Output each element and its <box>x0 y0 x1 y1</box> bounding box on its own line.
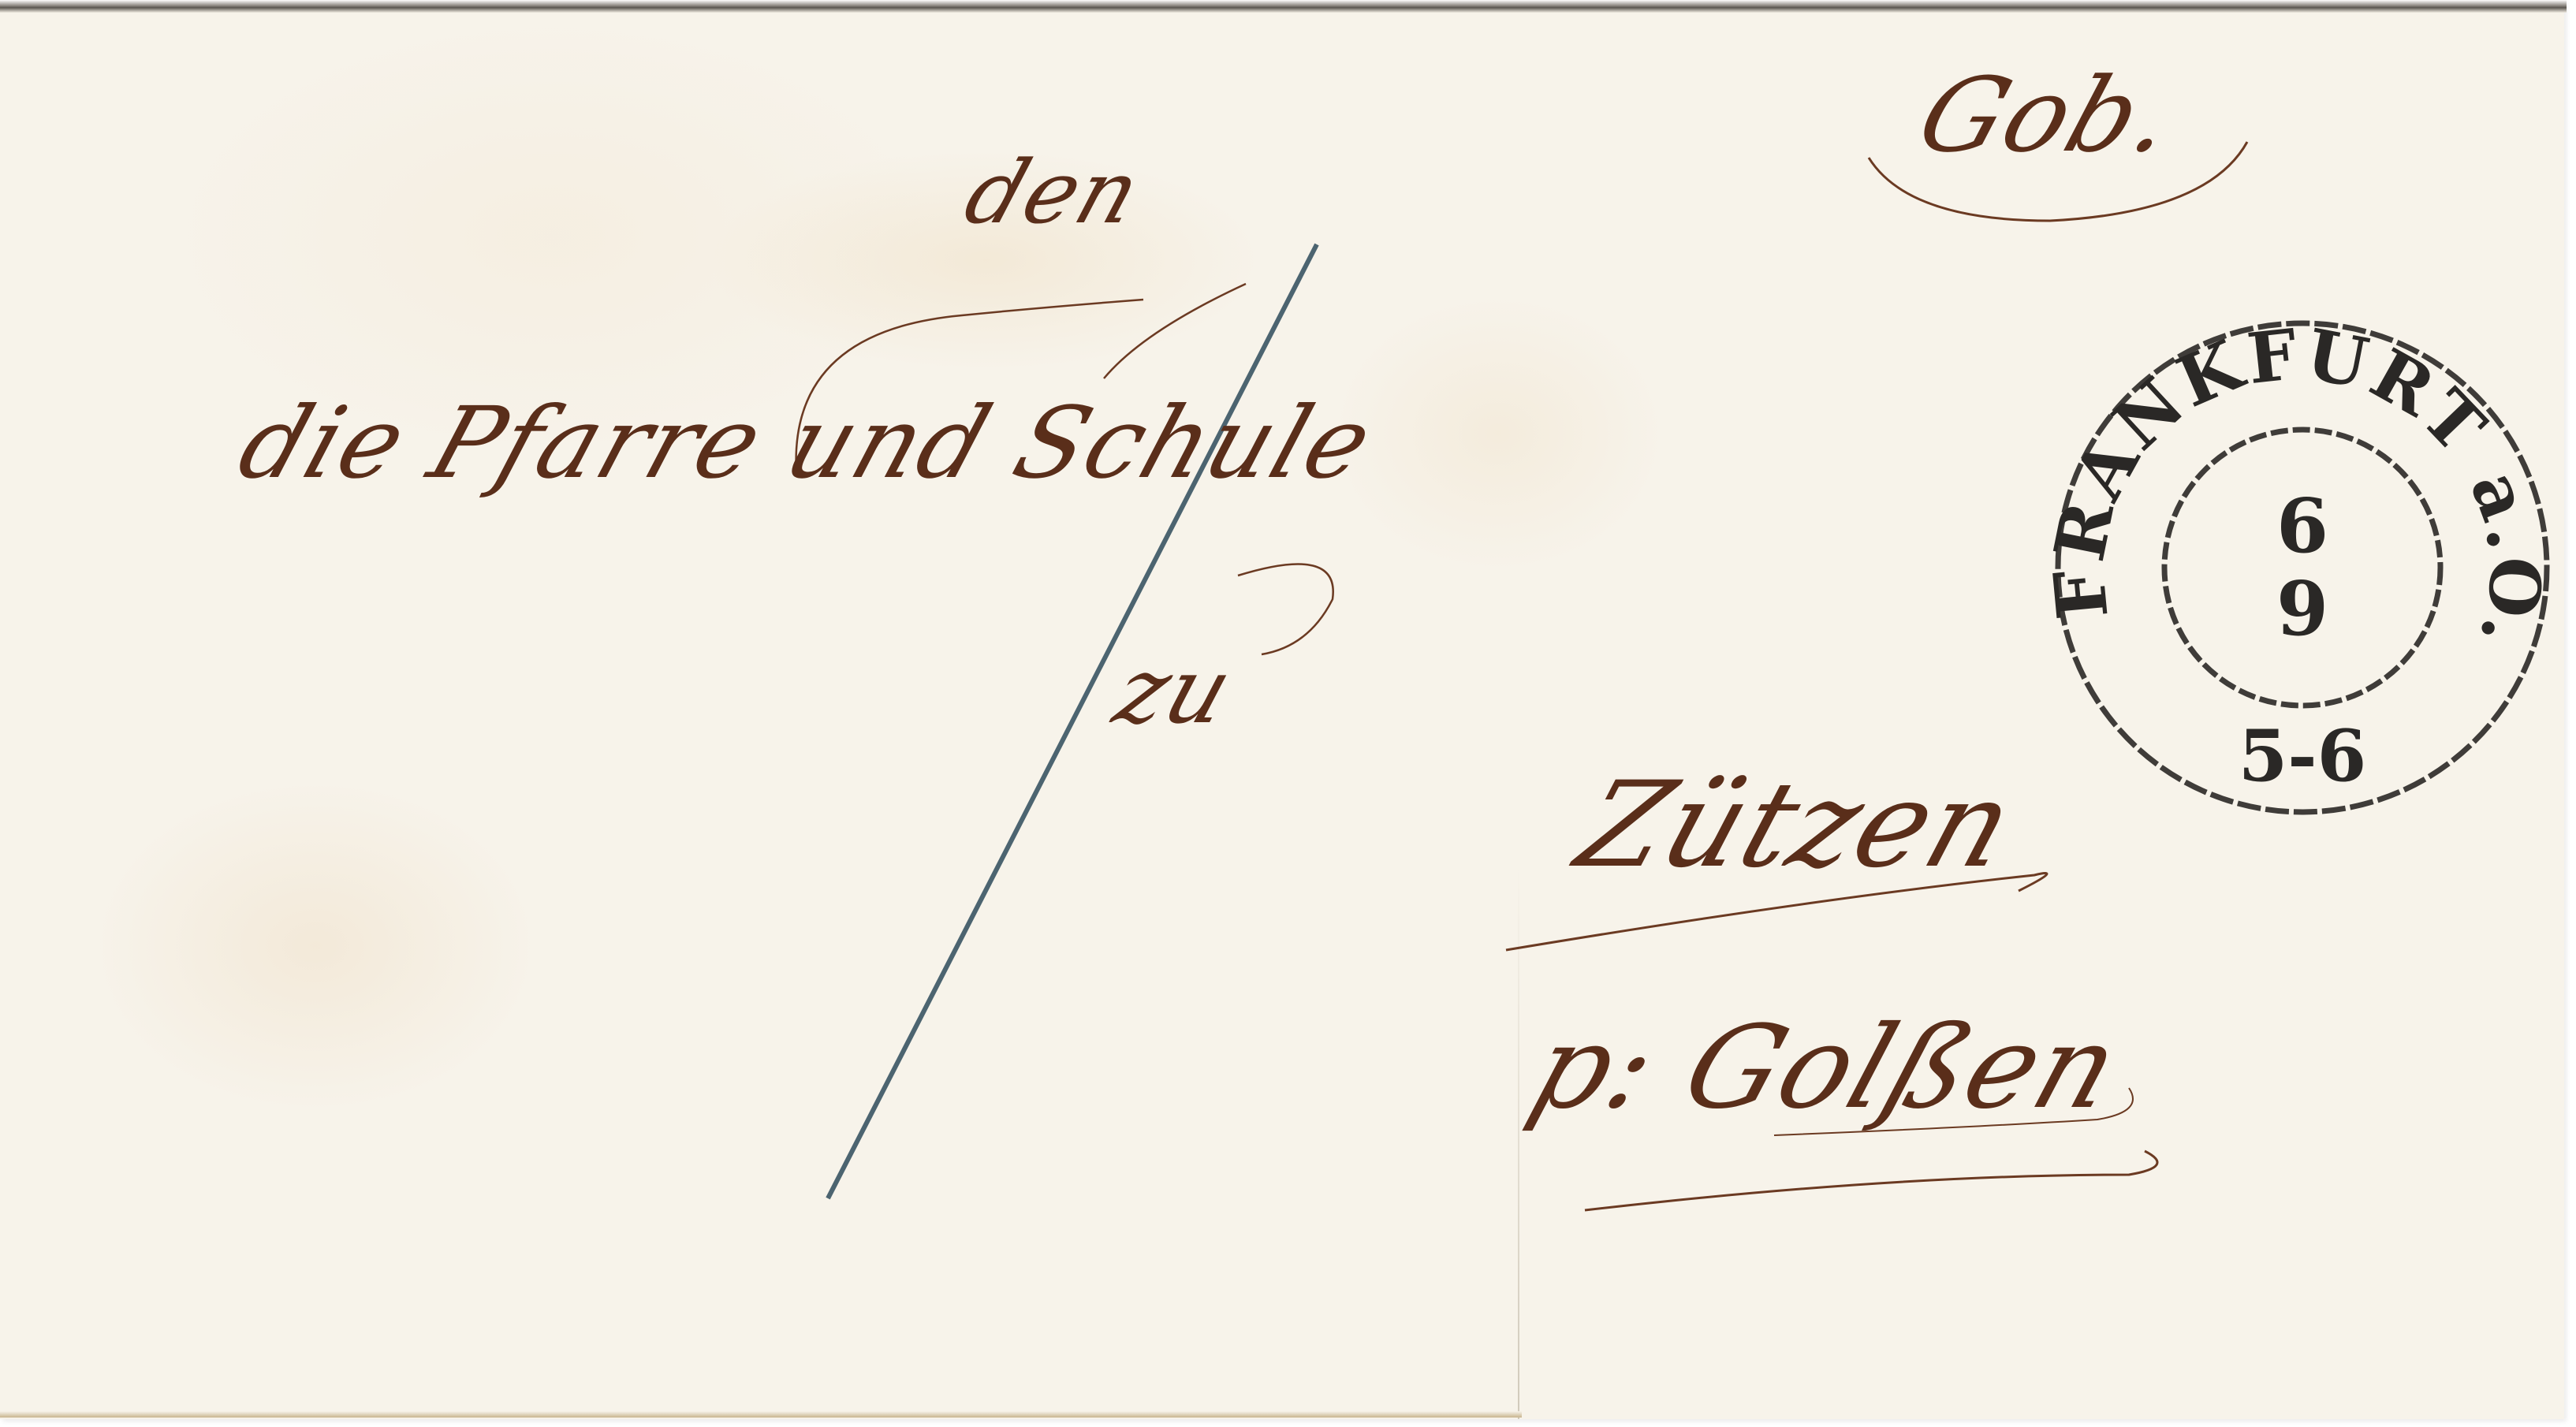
postmark-stamp: FRANKFURT a.O. 6 9 5-6 <box>2037 313 2557 812</box>
ink-flourishes: FRANKFURT a.O. 6 9 5-6 <box>0 0 2576 1427</box>
address-town: Zützen <box>1563 757 2031 894</box>
annotation-top-right: Gob. <box>1904 55 2191 175</box>
postmark-month: 9 <box>2276 565 2328 653</box>
underline-via <box>1585 1151 2157 1210</box>
postmark-day: 6 <box>2276 482 2328 570</box>
address-recipient: die Pfarre und Schule <box>226 386 1386 501</box>
address-salutation: den <box>953 142 1154 243</box>
address-via: p: Golßen <box>1516 1001 2136 1135</box>
flourish-zu <box>1238 564 1333 654</box>
postmark-time: 5-6 <box>2239 714 2367 798</box>
